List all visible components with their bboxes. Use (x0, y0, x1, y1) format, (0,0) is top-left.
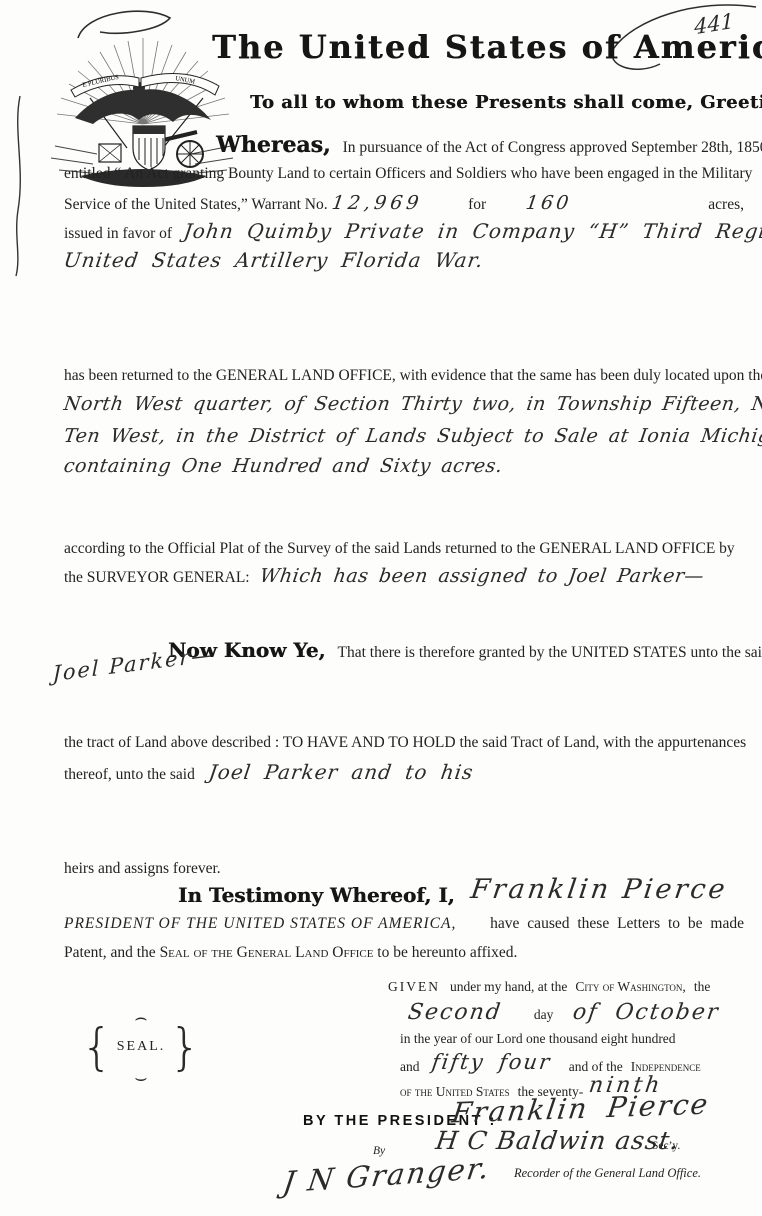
warrant-line-pre: Service of the United States,” Warrant N… (64, 196, 328, 214)
given-the: the (694, 979, 711, 994)
secretary-signature: H C Baldwin asst. (434, 1126, 681, 1155)
testimony-lead: In Testimony Whereof, I, (178, 883, 455, 907)
surveyor-line: the SURVEYOR GENERAL: Which has been ass… (64, 565, 704, 587)
for-label: for (468, 196, 486, 214)
warrant-number-value: 12,969 (330, 192, 424, 214)
given-word: GIVEN (388, 979, 440, 994)
patent-seal-smallcaps: Seal of the General Land Office (160, 944, 374, 961)
seal-left-brace: { (81, 1022, 113, 1072)
assigned-handwriting: Which has been assigned to Joel Parker— (258, 565, 705, 587)
located-handwriting-1: North West quarter, of Section Thirty tw… (62, 393, 762, 415)
document-title: The United States of America. (212, 28, 746, 66)
seal-top-brace: ⌢ (106, 1012, 176, 1022)
recorder-title: Recorder of the General Land Office. (514, 1166, 701, 1181)
president-name-handwriting: Franklin Pierce (468, 874, 729, 905)
president-caps-line: PRESIDENT OF THE UNITED STATES OF AMERIC… (64, 915, 744, 933)
president-title-caps: PRESIDENT OF THE UNITED STATES OF AMERIC… (64, 915, 456, 933)
heirs-line: heirs and assigns forever. (64, 860, 221, 878)
whereas-lead: Whereas, (216, 132, 331, 158)
given-mid: under my hand, at the (450, 979, 567, 994)
whereas-line-1: Whereas, In pursuance of the Act of Cong… (216, 132, 762, 158)
issued-line: issued in favor of John Quimby Private i… (64, 219, 762, 243)
issued-pre: issued in favor of (64, 225, 172, 242)
located-intro: has been returned to the GENERAL LAND OF… (64, 367, 744, 385)
now-know-ye-line: Now Know Ye, That there is therefore gra… (168, 638, 762, 662)
whereas-line-1-text: In pursuance of the Act of Congress appr… (343, 139, 762, 156)
now-know-ye-text: That there is therefore granted by the U… (337, 644, 762, 661)
thereof-pre: thereof, unto the said (64, 766, 195, 783)
seal: ⌢ { SEAL. } ⌣ (106, 1012, 176, 1082)
independence-smallcaps: Independence (631, 1059, 701, 1074)
acres-label: acres, (708, 196, 744, 214)
warrant-line: Service of the United States,” Warrant N… (64, 192, 744, 214)
surveyor-general-label: the SURVEYOR GENERAL: (64, 569, 250, 586)
located-handwriting-3: containing One Hundred and Sixty acres. (62, 455, 504, 477)
acres-value: 160 (525, 192, 573, 214)
located-handwriting-2: Ten West, in the District of Lands Subje… (62, 425, 762, 447)
tract-line: the tract of Land above described : TO H… (64, 734, 744, 752)
given-day-line: Second day of October (408, 1000, 720, 1025)
testimony-line: In Testimony Whereof, I, Franklin Pierce (178, 878, 727, 909)
month-handwriting: of October (572, 1000, 722, 1025)
thereof-handwriting: Joel Parker and to his (207, 760, 475, 784)
patent-line: Patent, and the Seal of the General Land… (64, 944, 517, 962)
patent-pre: Patent, and the (64, 944, 160, 961)
salutation: To all to whom these Presents shall come… (250, 92, 650, 113)
day-handwriting: Second (406, 1000, 503, 1025)
whereas-line-2: entitled “ An Act granting Bounty Land t… (64, 165, 744, 183)
given-year-line: in the year of our Lord one thousand eig… (400, 1031, 676, 1047)
seal-right-brace: } (169, 1022, 201, 1072)
patent-post: to be hereunto affixed. (373, 944, 517, 961)
year-handwriting: fifty four (430, 1050, 553, 1074)
day-label: day (534, 1007, 554, 1022)
caused-text: have caused these Letters to be made (490, 915, 744, 933)
secretary-title: Sec’y. (652, 1140, 680, 1152)
given-line-1: GIVEN under my hand, at the City of Wash… (388, 978, 710, 996)
seal-label: SEAL. (113, 1039, 170, 1055)
grantee-handwriting-2: United States Artillery Florida War. (62, 248, 485, 272)
thereof-line: thereof, unto the said Joel Parker and t… (64, 760, 473, 784)
land-patent-document: 441 E PLURIBUS UNUM The United States of… (0, 0, 762, 1216)
and-of-the: and of the (569, 1059, 623, 1074)
and-label: and (400, 1059, 420, 1074)
by-label: By (373, 1145, 385, 1157)
grantee-handwriting-1: John Quimby Private in Company “H” Third… (182, 219, 762, 243)
seal-bottom-brace: ⌣ (106, 1072, 176, 1082)
survey-line-1: according to the Official Plat of the Su… (64, 540, 744, 558)
given-city: City of Washington, (575, 979, 685, 994)
